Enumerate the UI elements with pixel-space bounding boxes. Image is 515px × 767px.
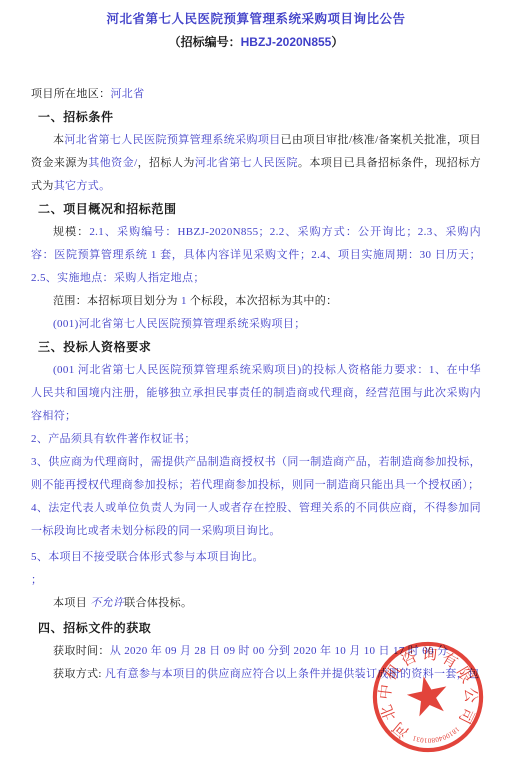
- not-allowed-emphasis: 不允许: [90, 597, 124, 609]
- region-value: 河北省: [110, 88, 144, 100]
- region-line: 项目所在地区：河北省: [31, 83, 481, 106]
- para-qualification-3: 3、供应商为代理商时，需提供产品制造商授权书（同一制造商产品，若制造商参加投标，…: [31, 451, 481, 497]
- scale-label: 规模：: [53, 226, 89, 238]
- para-lot: (001)河北省第七人民医院预算管理系统采购项目；: [31, 313, 481, 336]
- page-title: 河北省第七人民医院预算管理系统采购项目询比公告: [31, 9, 481, 29]
- company-seal: 河北中机咨询有限公司 1301080400181: [369, 638, 487, 756]
- section-heading-scope: 二、项目概况和招标范围: [38, 198, 481, 221]
- para-qualification-1: (001 河北省第七人民医院预算管理系统采购项目)的投标人资格能力要求：1、在中…: [31, 359, 481, 428]
- para-bid-conditions: 本河北省第七人民医院预算管理系统采购项目已由项目审批/核准/备案机关批准，项目资…: [31, 129, 481, 198]
- para-stray-punctuation: ；: [31, 569, 481, 592]
- para-range: 范围：本招标项目划分为 1 个标段，本次招标为其中的：: [31, 290, 481, 313]
- region-label: 项目所在地区：: [31, 88, 110, 100]
- tender-number-close: ）: [331, 35, 343, 49]
- tender-number-code: HBZJ-2020N855: [241, 35, 332, 49]
- svg-text:公: 公: [461, 687, 479, 703]
- section-heading-qualification: 三、投标人资格要求: [38, 336, 481, 359]
- obtain-time-label: 获取时间：: [53, 645, 110, 657]
- star-icon: [404, 672, 451, 718]
- para-qualification-4: 4、法定代表人或单位负责人为同一人或者存在控股、管理关系的不同供应商，不得参加同…: [31, 497, 481, 543]
- section-heading-conditions: 一、招标条件: [38, 106, 481, 129]
- svg-text:中: 中: [377, 683, 396, 700]
- para-scale: 规模：2.1、采购编号：HBZJ-2020N855；2.2、采购方式：公开询比；…: [31, 221, 481, 290]
- para-no-consortium: 本项目 不允许联合体投标。: [31, 592, 481, 615]
- para-qualification-2: 2、产品须具有软件著作权证书；: [31, 428, 481, 451]
- scale-text: 2.1、采购编号：HBZJ-2020N855；2.2、采购方式：公开询比；2.3…: [31, 226, 481, 284]
- svg-text:询: 询: [422, 646, 438, 664]
- para-qualification-5: 5、本项目不接受联合体形式参与本项目询比。: [31, 546, 481, 569]
- tender-number-open: （招标编号：: [169, 35, 241, 49]
- obtain-method-label: 获取方式:: [53, 668, 105, 680]
- section-heading-obtain-documents: 四、招标文件的获取: [38, 617, 481, 640]
- tender-number-line: （招标编号：HBZJ-2020N855）: [31, 32, 481, 52]
